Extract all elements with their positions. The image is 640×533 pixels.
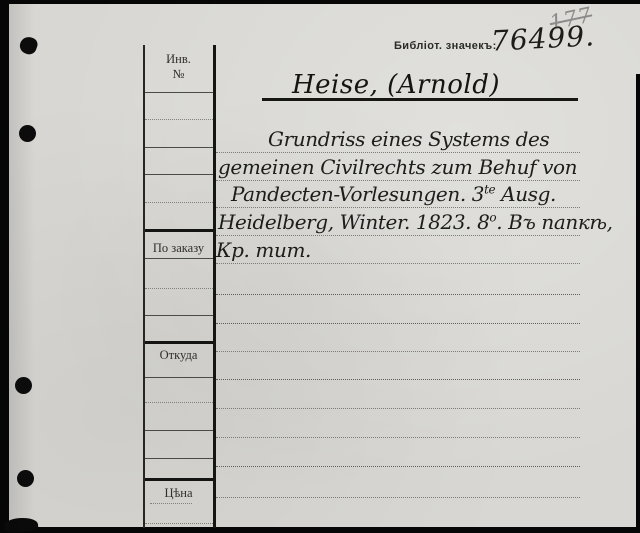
field-label-price: Цѣна xyxy=(144,486,213,501)
ruled-line xyxy=(216,379,580,380)
form-row-line xyxy=(145,377,213,378)
entry-line-3: Pandecten-Vorlesungen. 3te Ausg. xyxy=(231,182,556,206)
scan-edge-left xyxy=(0,0,9,533)
entry-line-4-text: Heidelberg, Winter. 1823. 8 xyxy=(218,210,489,234)
library-mark-number: 76499. xyxy=(490,19,596,57)
entry-line-1: Grundriss eines Systems des xyxy=(268,127,549,151)
ruled-line xyxy=(216,294,580,295)
scan-edge-bottom xyxy=(0,527,640,533)
form-row-line xyxy=(145,147,213,148)
form-column-main-rule xyxy=(213,45,216,528)
ruled-line xyxy=(216,323,580,324)
form-row-line xyxy=(145,202,213,203)
form-row-line xyxy=(145,92,213,93)
catalog-card-scan: 177 Библіот. значекъ: 76499. Heise, (Arn… xyxy=(0,0,640,533)
form-row-line xyxy=(145,258,213,259)
form-row-line xyxy=(145,288,213,289)
field-label-inventory-line1: Инв. xyxy=(144,52,213,67)
form-row-line xyxy=(145,430,213,431)
field-label-by-order: По заказу xyxy=(144,241,213,256)
ruled-line xyxy=(216,466,580,467)
field-label-from-where: Откуда xyxy=(144,348,213,363)
form-section-divider xyxy=(145,341,213,344)
entry-line-3-text: Pandecten-Vorlesungen. 3 xyxy=(231,182,484,206)
punch-hole xyxy=(15,377,32,394)
scan-shadow xyxy=(9,0,35,533)
ruled-line xyxy=(216,207,580,208)
punch-hole xyxy=(17,470,34,487)
scan-edge-top xyxy=(0,0,640,4)
form-column-left-rule xyxy=(143,45,145,528)
entry-line-2: gemeinen Civilrechts zum Behuf von xyxy=(218,155,577,179)
entry-line-4: Heidelberg, Winter. 1823. 8o. Въ папкѣ, xyxy=(218,210,613,234)
form-row-line xyxy=(145,119,213,120)
ruled-line xyxy=(216,437,580,438)
entry-line-4-tail: . Въ папкѣ, xyxy=(496,210,612,234)
form-section-divider xyxy=(145,478,213,481)
form-row-line xyxy=(150,503,192,504)
punch-hole xyxy=(19,125,36,142)
ruled-line xyxy=(216,180,580,181)
ruled-line xyxy=(216,263,580,264)
form-row-line xyxy=(145,174,213,175)
entry-line-5: Кр. тит. xyxy=(216,238,311,262)
ruled-line xyxy=(216,497,580,498)
field-label-inventory-line2: № xyxy=(144,67,213,82)
form-section-divider xyxy=(145,229,213,232)
ruled-line xyxy=(216,351,580,352)
form-row-line xyxy=(145,402,213,403)
entry-line-3-tail: Ausg. xyxy=(495,182,556,206)
entry-line-3-superscript: te xyxy=(484,182,495,196)
scan-edge-right xyxy=(636,74,640,533)
author-heading: Heise, (Arnold) xyxy=(292,70,500,100)
form-row-line xyxy=(145,458,213,459)
ruled-line xyxy=(216,408,580,409)
form-row-line xyxy=(145,523,213,524)
library-mark-label: Библіот. значекъ: xyxy=(394,40,497,52)
ruled-line xyxy=(216,235,580,236)
ruled-line xyxy=(216,152,580,153)
form-row-line xyxy=(145,315,213,316)
author-underline xyxy=(262,98,578,101)
field-label-inventory-number: Инв. № xyxy=(144,52,213,82)
